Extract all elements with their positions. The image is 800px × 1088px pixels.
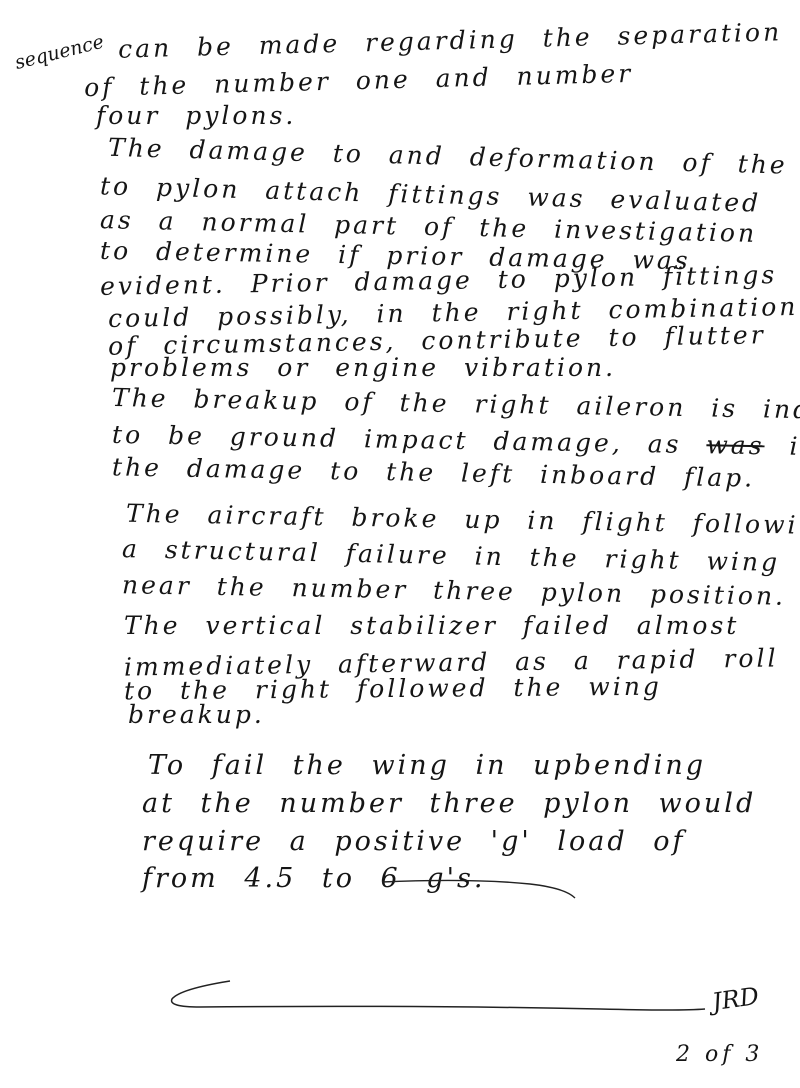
struck-word: was xyxy=(706,430,765,460)
signature-line xyxy=(160,975,720,1015)
end-flourish xyxy=(380,874,580,904)
text-line: of the number one and number xyxy=(84,61,634,100)
margin-insertion-note: sequence xyxy=(13,31,106,74)
signature-initials: JRD xyxy=(710,982,760,1016)
handwritten-document-page: sequence can be made regarding the separ… xyxy=(0,0,800,1088)
text-line: problems or engine vibration. xyxy=(110,355,616,380)
text-line: The vertical stabilizer failed almost xyxy=(124,613,739,638)
text-line: The breakup of the right aileron is indi… xyxy=(112,385,800,424)
page-indicator: 2 of 3 xyxy=(676,1042,763,1067)
text-line: can be made regarding the separation xyxy=(118,19,783,61)
text-line: to the right followed the wing xyxy=(124,674,662,704)
text-line: four pylons. xyxy=(96,103,296,128)
text-line: a structural failure in the right wing xyxy=(122,536,781,575)
text-line: near the number three pylon position. xyxy=(122,572,786,609)
text-line: The aircraft broke up in flight followin… xyxy=(126,501,800,538)
text-line: To fail the wing in upbending xyxy=(148,752,706,779)
text-line: require a positive 'g' load of xyxy=(142,828,685,855)
text-line: the damage to the left inboard flap. xyxy=(112,454,756,490)
text-line: breakup. xyxy=(128,702,265,727)
text-line: at the number three pylon would xyxy=(142,790,756,817)
text-segment: is xyxy=(789,432,800,461)
